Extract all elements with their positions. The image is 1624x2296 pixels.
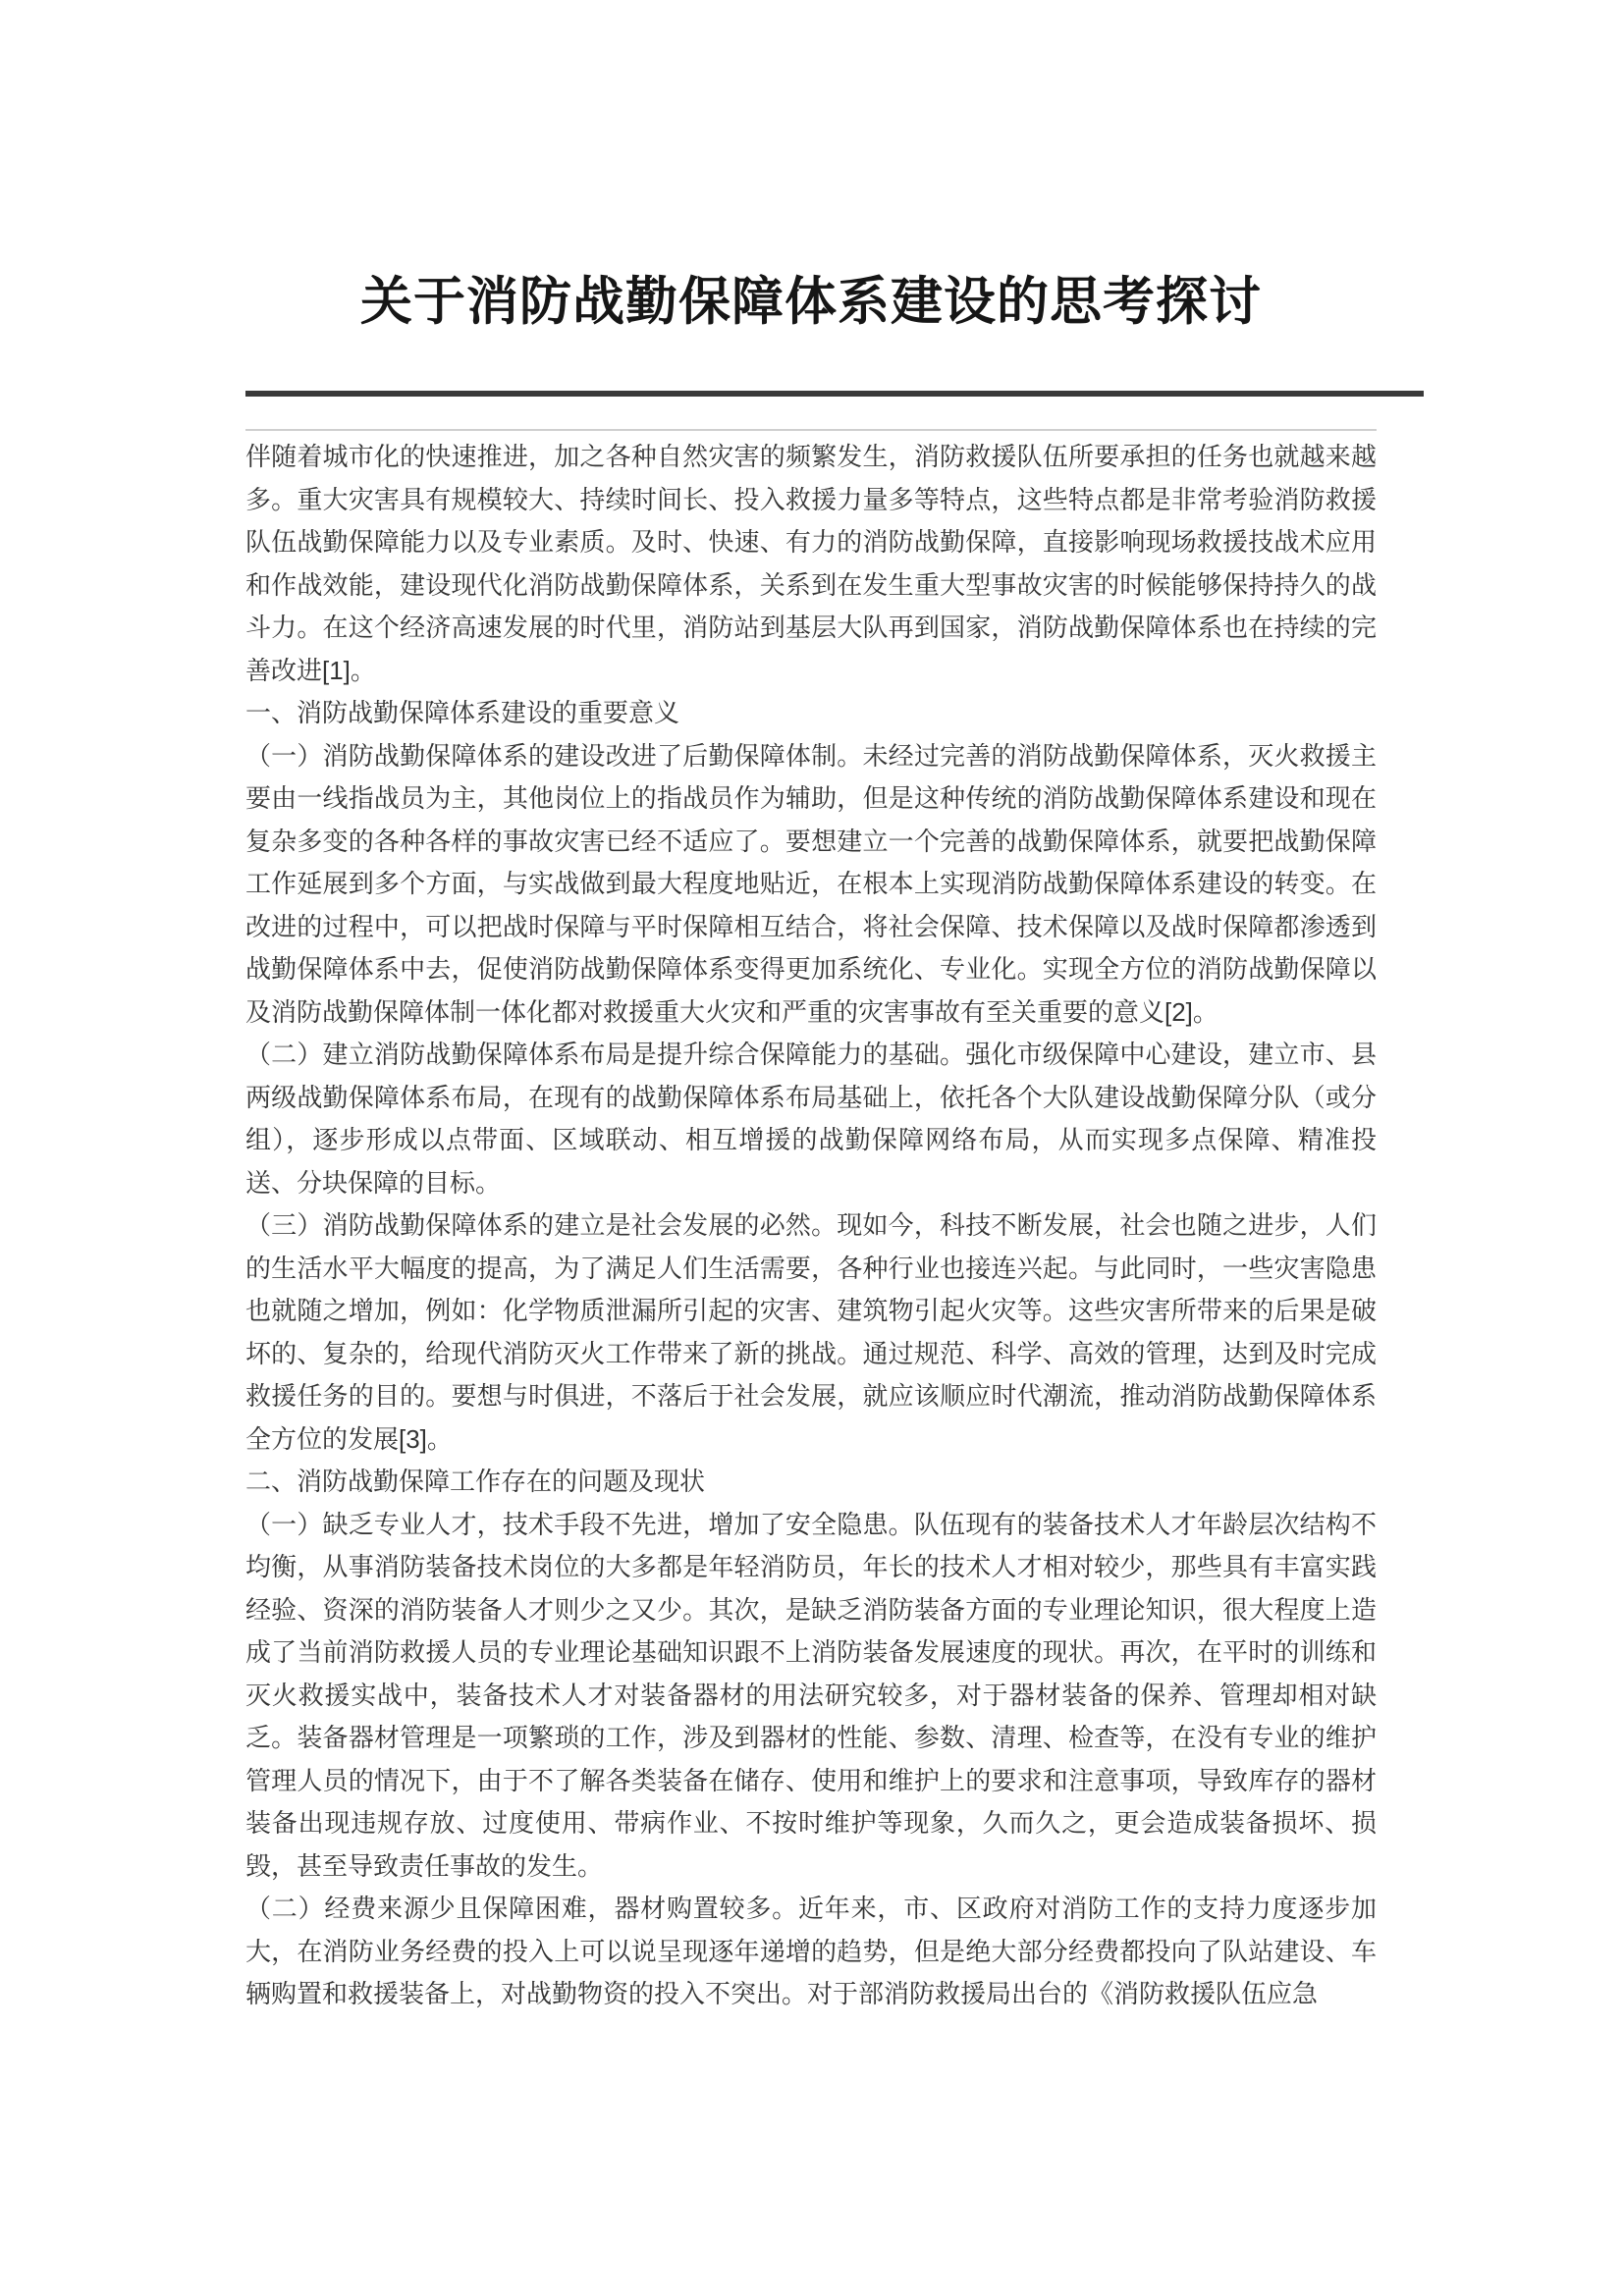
- article-paragraph: （二）经费来源少且保障困难，器材购置较多。近年来，市、区政府对消防工作的支持力度…: [245, 1888, 1377, 2016]
- article-paragraph: 伴随着城市化的快速推进，加之各种自然灾害的频繁发生，消防救援队伍所要承担的任务也…: [245, 436, 1377, 692]
- article-paragraph: （二）建立消防战勤保障体系布局是提升综合保障能力的基础。强化市级保障中心建设，建…: [245, 1034, 1377, 1204]
- title-divider-thick: [245, 391, 1424, 397]
- document-page: 关于消防战勤保障体系建设的思考探讨 伴随着城市化的快速推进，加之各种自然灾害的频…: [0, 0, 1624, 2016]
- article-paragraph: （三）消防战勤保障体系的建立是社会发展的必然。现如今，科技不断发展，社会也随之进…: [245, 1204, 1377, 1461]
- article-body: 伴随着城市化的快速推进，加之各种自然灾害的频繁发生，消防救援队伍所要承担的任务也…: [245, 429, 1377, 2016]
- article-paragraph: （一）消防战勤保障体系的建设改进了后勤保障体制。未经过完善的消防战勤保障体系，灭…: [245, 735, 1377, 1035]
- page-title: 关于消防战勤保障体系建设的思考探讨: [245, 272, 1377, 333]
- article-paragraph: （一）缺乏专业人才，技术手段不先进，增加了安全隐患。队伍现有的装备技术人才年龄层…: [245, 1504, 1377, 1889]
- section-heading: 一、消防战勤保障体系建设的重要意义: [245, 692, 1377, 735]
- section-heading: 二、消防战勤保障工作存在的问题及现状: [245, 1461, 1377, 1504]
